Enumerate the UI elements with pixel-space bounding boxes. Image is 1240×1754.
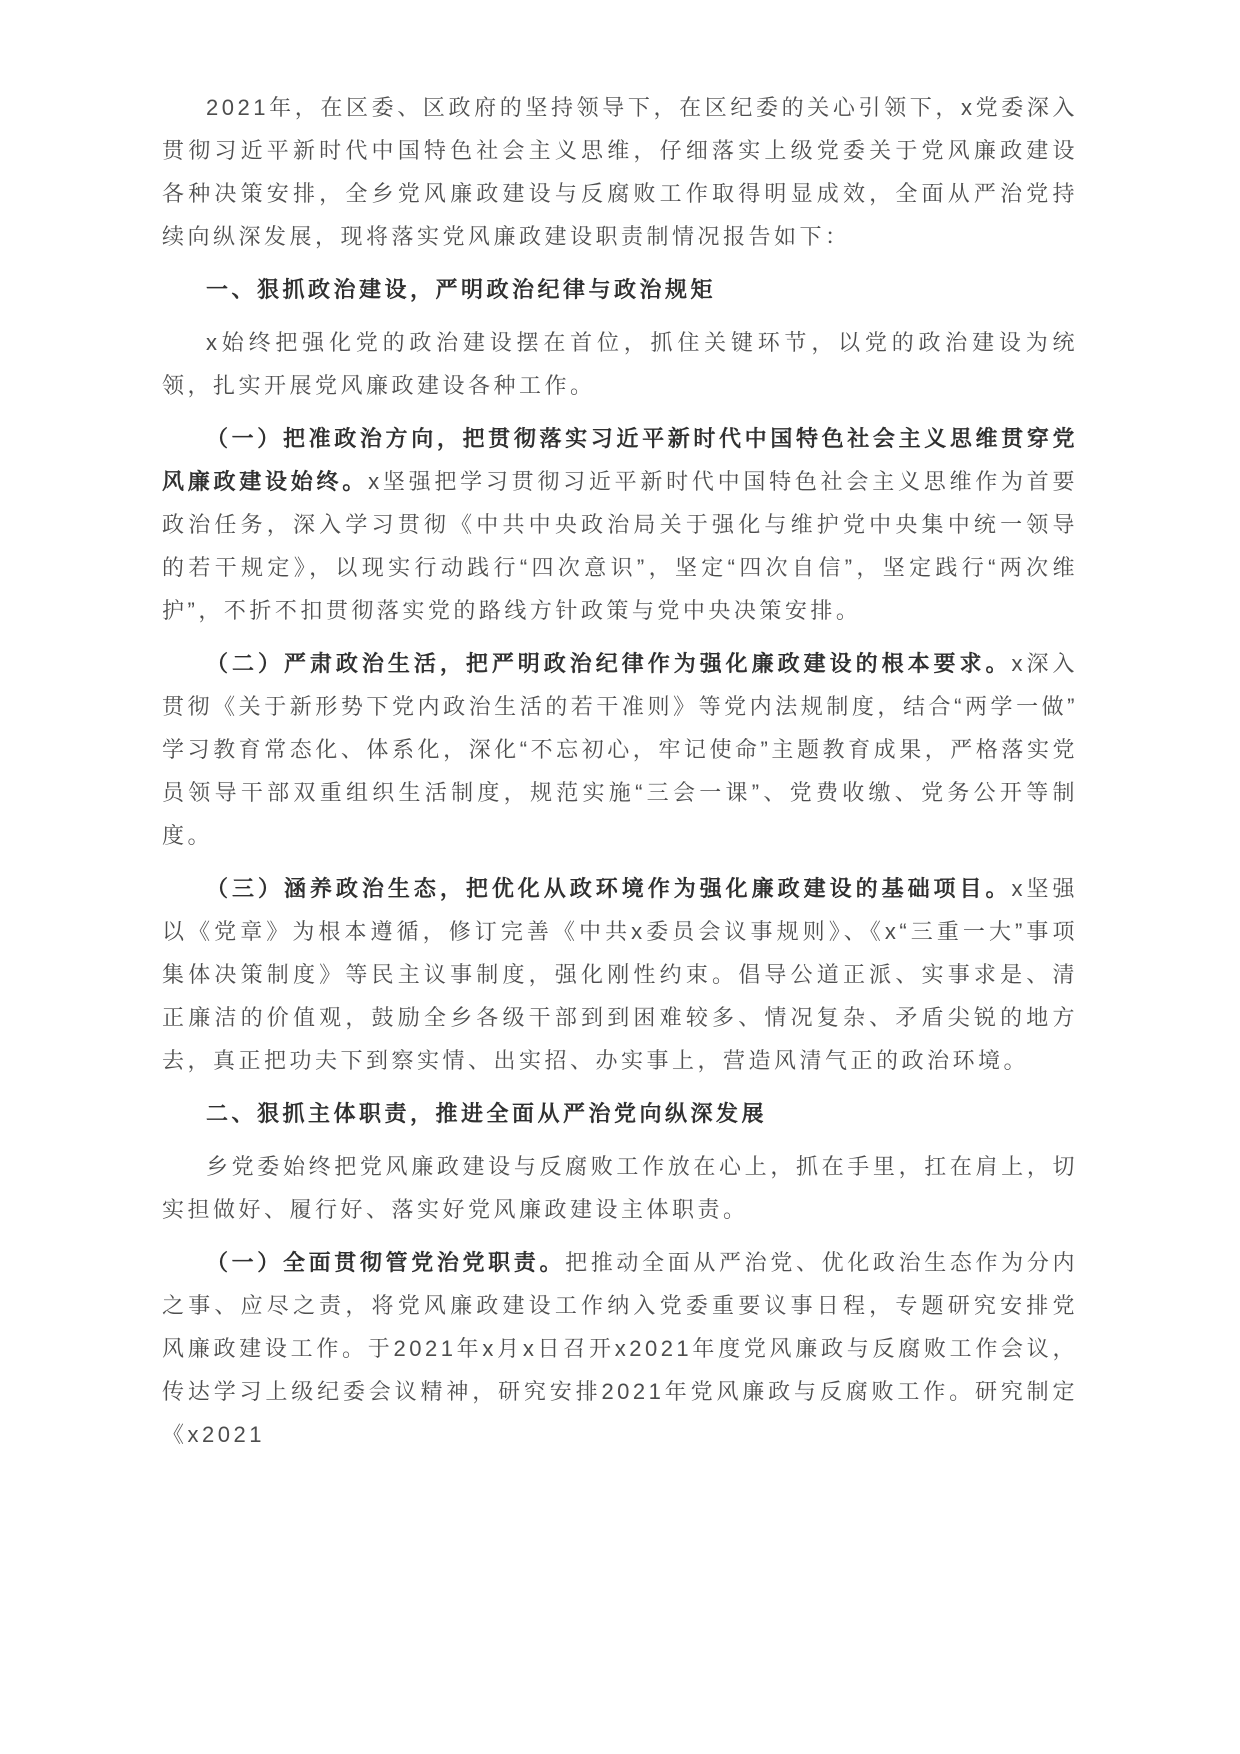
text-run: 把推动全面从严治党、优化政治生态作为分内之事、应尽之责，将党风廉政建设工作纳入党… xyxy=(162,1250,1078,1447)
text-run: 乡党委始终把党风廉政建设与反腐败工作放在心上，抓在手里，扛在肩上，切实担做好、履… xyxy=(162,1154,1078,1222)
section-heading: 一、狠抓政治建设，严明政治纪律与政治规矩 xyxy=(162,268,1078,311)
paragraph: （一）全面贯彻管党治党职责。把推动全面从严治党、优化政治生态作为分内之事、应尽之… xyxy=(162,1241,1078,1456)
paragraph: 乡党委始终把党风廉政建设与反腐败工作放在心上，抓在手里，扛在肩上，切实担做好、履… xyxy=(162,1145,1078,1231)
bold-text-run: （一）全面贯彻管党治党职责。 xyxy=(206,1250,565,1275)
bold-text-run: 一、狠抓政治建设，严明政治纪律与政治规矩 xyxy=(206,277,716,302)
bold-text-run: 二、狠抓主体职责，推进全面从严治党向纵深发展 xyxy=(206,1101,767,1126)
document-page: 2021年，在区委、区政府的坚持领导下，在区纪委的关心引领下，x党委深入贯彻习近… xyxy=(0,0,1240,1754)
paragraph: （一）把准政治方向，把贯彻落实习近平新时代中国特色社会主义思维贯穿党风廉政建设始… xyxy=(162,417,1078,632)
paragraph: （三）涵养政治生态，把优化从政环境作为强化廉政建设的基础项目。x坚强以《党章》为… xyxy=(162,867,1078,1082)
bold-text-run: （二）严肃政治生活，把严明政治纪律作为强化廉政建设的根本要求。 xyxy=(206,651,1012,676)
paragraph: x始终把强化党的政治建设摆在首位，抓住关键环节，以党的政治建设为统领，扎实开展党… xyxy=(162,321,1078,407)
document-body: 2021年，在区委、区政府的坚持领导下，在区纪委的关心引领下，x党委深入贯彻习近… xyxy=(162,86,1078,1456)
paragraph: 2021年，在区委、区政府的坚持领导下，在区纪委的关心引领下，x党委深入贯彻习近… xyxy=(162,86,1078,258)
bold-text-run: （三）涵养政治生态，把优化从政环境作为强化廉政建设的基础项目。 xyxy=(206,876,1012,901)
text-run: x始终把强化党的政治建设摆在首位，抓住关键环节，以党的政治建设为统领，扎实开展党… xyxy=(162,330,1078,398)
section-heading: 二、狠抓主体职责，推进全面从严治党向纵深发展 xyxy=(162,1092,1078,1135)
text-run: x坚强以《党章》为根本遵循，修订完善《中共x委员会议事规则》、《x“三重一大”事… xyxy=(162,876,1078,1073)
text-run: 2021年，在区委、区政府的坚持领导下，在区纪委的关心引领下，x党委深入贯彻习近… xyxy=(162,95,1078,249)
text-run: x深入贯彻《关于新形势下党内政治生活的若干准则》等党内法规制度，结合“两学一做”… xyxy=(162,651,1078,848)
paragraph: （二）严肃政治生活，把严明政治纪律作为强化廉政建设的根本要求。x深入贯彻《关于新… xyxy=(162,642,1078,857)
